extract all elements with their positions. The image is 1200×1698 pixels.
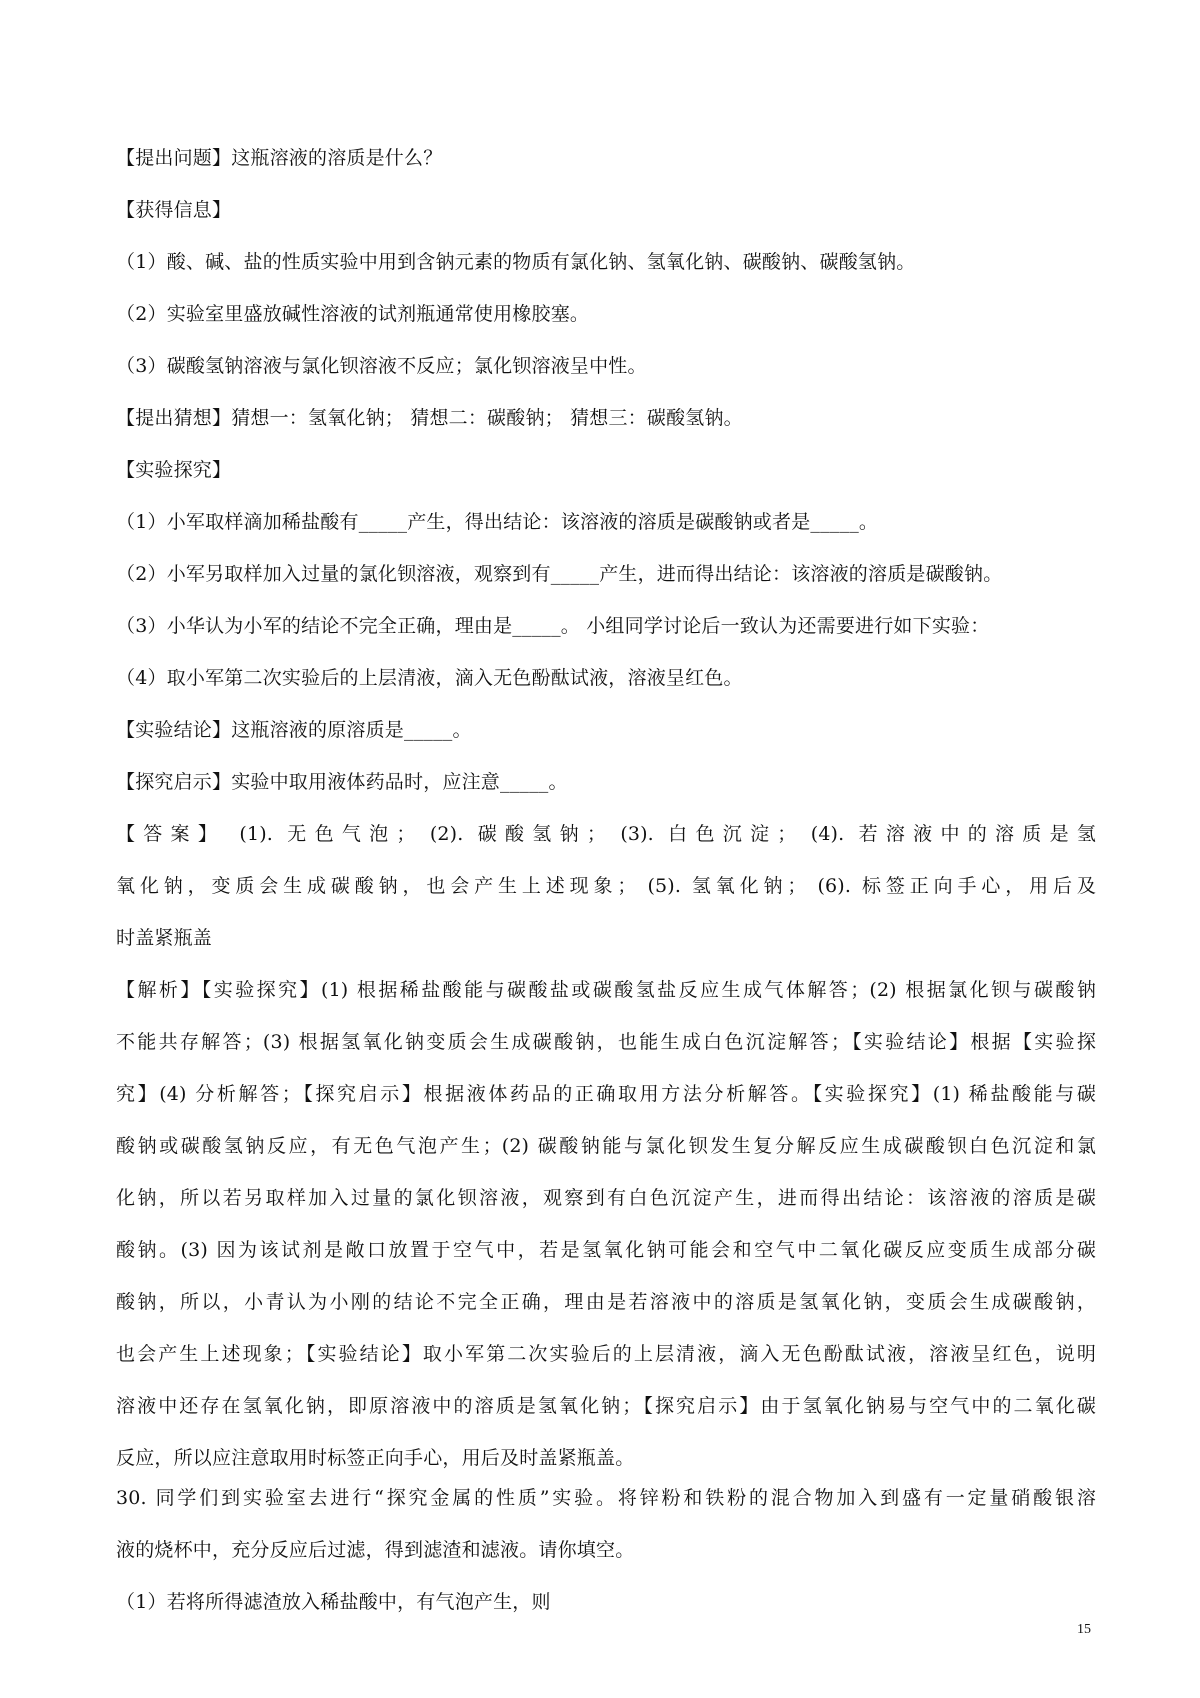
text-line: 液的烧杯中，充分反应后过滤，得到滤渣和滤液。请你填空。 xyxy=(116,1538,634,1562)
page-number: 15 xyxy=(1077,1622,1091,1638)
text-line: （2）实验室里盛放碱性溶液的试剂瓶通常使用橡胶塞。 xyxy=(116,302,589,326)
text-line: 【解析】【实验探究】(1) 根据稀盐酸能与碳酸盐或碳酸氢盐反应生成气体解答；(2… xyxy=(116,978,1096,1002)
text-line: 酸钠或碳酸氢钠反应，有无色气泡产生；(2) 碳酸钠能与氯化钡发生复分解反应生成碳… xyxy=(116,1134,1096,1158)
text-line: （1）小军取样滴加稀盐酸有_____产生，得出结论：该溶液的溶质是碳酸钠或者是_… xyxy=(116,510,878,534)
text-line: 酸钠。(3) 因为该试剂是敞口放置于空气中，若是氢氧化钠可能会和空气中二氧化碳反… xyxy=(116,1238,1096,1262)
text-line: 反应，所以应注意取用时标签正向手心，用后及时盖紧瓶盖。 xyxy=(116,1446,634,1470)
document-page: 【提出问题】这瓶溶液的溶质是什么？【获得信息】（1）酸、碱、盐的性质实验中用到含… xyxy=(0,0,1200,1698)
text-line: 【提出问题】这瓶溶液的溶质是什么？ xyxy=(116,146,442,170)
text-line: 时盖紧瓶盖 xyxy=(116,926,212,950)
text-line: 也会产生上述现象；【实验结论】取小军第二次实验后的上层清液，滴入无色酚酞试液，溶… xyxy=(116,1342,1096,1366)
text-line: 30. 同学们到实验室去进行“探究金属的性质”实验。将锌粉和铁粉的混合物加入到盛… xyxy=(116,1486,1096,1510)
text-line: （3）碳酸氢钠溶液与氯化钡溶液不反应；氯化钡溶液呈中性。 xyxy=(116,354,647,378)
text-line: 【提出猜想】猜想一：氢氧化钠； 猜想二：碳酸钠； 猜想三：碳酸氢钠。 xyxy=(116,406,743,430)
text-line: 不能共存解答；(3) 根据氢氧化钠变质会生成碳酸钠，也能生成白色沉淀解答；【实验… xyxy=(116,1030,1096,1054)
text-line: 【实验结论】这瓶溶液的原溶质是_____。 xyxy=(116,718,472,742)
text-line: （3）小华认为小军的结论不完全正确，理由是_____。 小组同学讨论后一致认为还… xyxy=(116,614,989,638)
text-line: 【实验探究】 xyxy=(116,458,231,482)
text-line: （1）若将所得滤渣放入稀盐酸中，有气泡产生，则 xyxy=(116,1590,551,1614)
text-line: 【获得信息】 xyxy=(116,198,231,222)
text-line: 溶液中还存在氢氧化钠，即原溶液中的溶质是氢氧化钠；【探究启示】由于氢氧化钠易与空… xyxy=(116,1394,1096,1418)
text-line: 【答案】 (1). 无色气泡； (2). 碳酸氢钠； (3). 白色沉淀； (4… xyxy=(116,822,1096,846)
text-line: 酸钠，所以，小青认为小刚的结论不完全正确，理由是若溶液中的溶质是氢氧化钠，变质会… xyxy=(116,1290,1096,1314)
text-line: （4）取小军第二次实验后的上层清液，滴入无色酚酞试液，溶液呈红色。 xyxy=(116,666,743,690)
text-line: 氧化钠，变质会生成碳酸钠，也会产生上述现象； (5). 氢氧化钠； (6). 标… xyxy=(116,874,1096,898)
text-line: （1）酸、碱、盐的性质实验中用到含钠元素的物质有氯化钠、氢氧化钠、碳酸钠、碳酸氢… xyxy=(116,250,916,274)
text-line: 【探究启示】实验中取用液体药品时，应注意_____。 xyxy=(116,770,568,794)
text-line: 化钠，所以若另取样加入过量的氯化钡溶液，观察到有白色沉淀产生，进而得出结论：该溶… xyxy=(116,1186,1096,1210)
text-line: 究】(4) 分析解答；【探究启示】根据液体药品的正确取用方法分析解答。【实验探究… xyxy=(116,1082,1096,1106)
text-line: （2）小军另取样加入过量的氯化钡溶液，观察到有_____产生，进而得出结论：该溶… xyxy=(116,562,1002,586)
